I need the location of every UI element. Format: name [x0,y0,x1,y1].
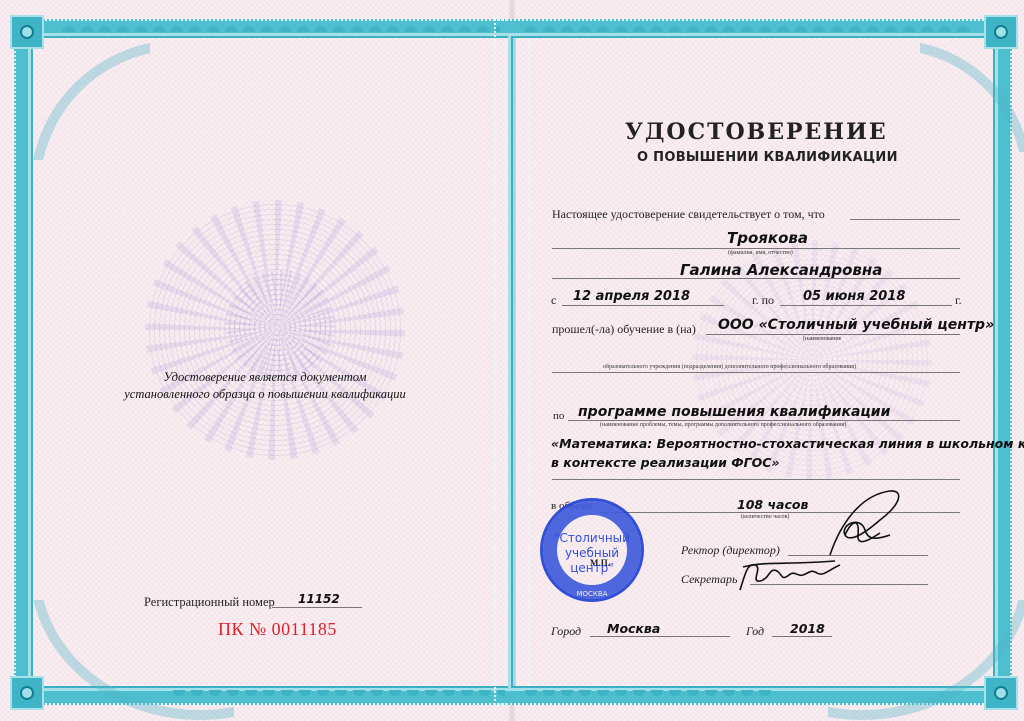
hours-caption: (количество часов) [741,514,789,520]
secretary-signature [735,555,855,595]
studied-label: прошел(-ла) обучение в (на) [552,322,696,337]
corner-ornament-icon [984,15,1018,49]
stamp-line3: центр" [543,561,641,576]
year-suffix: г. [955,293,962,308]
corner-ornament-icon [10,15,44,49]
document-title: УДОСТОВЕРЕНИЕ [625,119,888,145]
city-label: Город [551,624,581,639]
program-caption: (наименование проблемы, темы, программы … [600,422,846,428]
to-date-value: 05 июня 2018 [803,289,905,304]
stamp-line2: учебный [543,546,641,561]
from-date-line [562,305,724,306]
institution-caption: (наименование [803,336,841,342]
program-title-line [552,479,960,480]
year-line [772,636,832,637]
surname-line [552,248,960,249]
stamp-line1: "Столичный [543,531,641,546]
program-title-line1: «Математика: Вероятностно-стохастическая… [551,436,1024,451]
program-title-line2: в контексте реализации ФГОС» [551,455,780,470]
secretary-label: Секретарь [681,572,737,587]
fio-caption: (фамилия, имя, отчество) [728,250,793,256]
right-page [512,0,1024,721]
reg-number-value: 11152 [298,592,340,606]
program-line [568,420,960,421]
year-label: Год [746,624,764,639]
to-date-line [780,305,952,306]
institution-value: ООО «Столичный учебный центр» [718,317,994,333]
institution-line [706,334,960,335]
hours-value: 108 часов [737,497,808,512]
from-date-value: 12 апреля 2018 [573,289,690,304]
from-label: с [551,293,556,308]
given-names-value: Галина Александровна [680,261,882,279]
institution-caption-2: образовательного учреждения (подразделен… [603,364,856,370]
border-wave-ornament [60,22,500,32]
border-wave-ornament [522,690,772,700]
organization-stamp: "Столичный учебный центр" МОСКВА [540,498,644,602]
intro-text: Настоящее удостоверение свидетельствует … [552,207,825,222]
stamp-ring-text: МОСКВА [543,587,641,602]
legal-note-line2: установленного образца о повышении квали… [100,387,430,402]
program-label: по [553,410,564,422]
city-value: Москва [607,621,660,636]
intro-line [850,219,960,220]
to-label: г. по [752,293,774,308]
program-type-value: программе повышения квалификации [578,404,890,420]
left-page: Удостоверение является документом устано… [0,0,512,721]
legal-note-line1: Удостоверение является документом [100,370,430,385]
guilloche-rosette-center [225,270,335,380]
certificate-spread: Удостоверение является документом устано… [0,0,1024,721]
corner-ornament-icon [984,676,1018,710]
city-line [590,636,730,637]
year-value: 2018 [790,621,825,636]
reg-number-line [272,607,362,608]
corner-ornament-icon [10,676,44,710]
rector-signature [820,485,910,565]
series-number: ПК № 0011185 [218,619,337,640]
surname-value: Троякова [727,229,808,247]
document-subtitle: О ПОВЫШЕНИИ КВАЛИФИКАЦИИ [637,150,898,165]
border-wave-ornament [522,22,972,32]
reg-number-label: Регистрационный номер [144,595,275,610]
institution-line-2 [552,372,960,373]
